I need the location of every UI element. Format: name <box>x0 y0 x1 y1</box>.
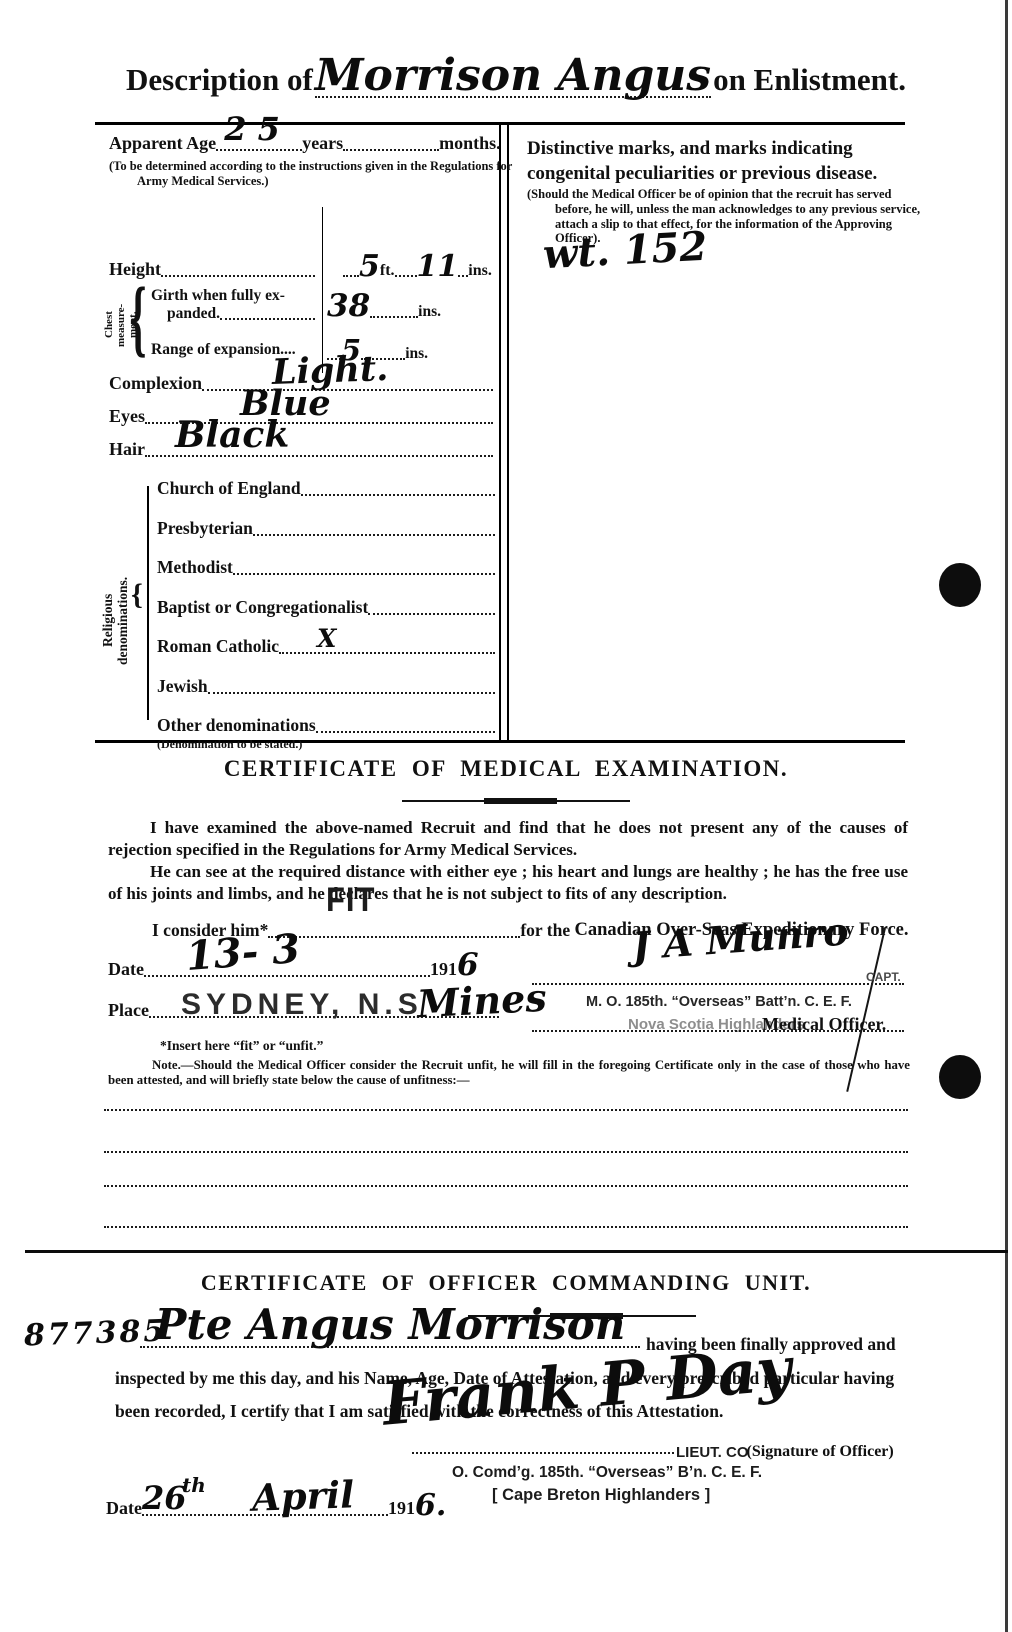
apparent-age-note: (To be determined according to the instr… <box>109 159 523 189</box>
religion-row: Presbyterian <box>157 518 495 539</box>
dotted-leader: 26 th April <box>142 1514 388 1516</box>
medical-certificate-heading: CERTIFICATE OF MEDICAL EXAMINATION. <box>0 756 1012 782</box>
religion-label: Methodist <box>157 557 233 578</box>
punch-hole <box>939 563 981 607</box>
blank-line <box>104 1226 908 1228</box>
medical-paragraph-2: He can see at the required distance with… <box>108 861 908 905</box>
religion-row-other: Other denominations <box>157 715 495 736</box>
dotted-leader <box>161 275 315 277</box>
religion-label: Jewish <box>157 676 208 697</box>
dotted-leader <box>316 731 495 733</box>
apparent-age-label: Apparent Age <box>109 133 216 154</box>
religion-label: Presbyterian <box>157 518 253 539</box>
dotted-leader <box>395 275 417 277</box>
religion-row-roman-catholic: Roman Catholic X <box>157 636 495 657</box>
height-row: Height 5 ft. 11 ins. <box>109 253 539 280</box>
religion-row: Baptist or Congregationalist <box>157 597 495 618</box>
medical-place-row: Place SYDNEY, N.S Mines <box>108 1000 499 1021</box>
religion-row: Church of England <box>157 478 495 499</box>
form-title: Description of Morrison Angus on Enlistm… <box>126 56 898 98</box>
heading-rule-thick <box>484 798 557 804</box>
medical-paragraph-1: I have examined the above-named Recruit … <box>108 817 908 861</box>
dotted-leader <box>208 692 495 694</box>
capt-stamp: CAPT. <box>866 970 901 984</box>
title-suffix: on Enlistment. <box>713 62 906 98</box>
religion-vertical-label: Religious denominations. <box>101 538 131 703</box>
girth-label-block: Girth when fully ex- panded. <box>151 287 315 323</box>
hair-row: Hair Black <box>109 439 493 460</box>
weight-handwritten: wt. 152 <box>542 229 708 274</box>
girth-value: 38 <box>327 293 370 321</box>
title-prefix: Description of <box>126 62 313 98</box>
officer-year-printed: 191 <box>388 1498 415 1519</box>
eyes-label: Eyes <box>109 406 145 427</box>
dotted-leader: X <box>279 652 495 654</box>
medical-officer-signature: J A Munro <box>631 914 849 963</box>
mo-unit-stamp: M. O. 185th. “Overseas” Batt’n. C. E. F. <box>546 994 892 1010</box>
officer-signature-line <box>412 1452 674 1454</box>
medical-date-value: 13- 3 <box>185 931 301 975</box>
section-rule <box>25 1250 1008 1253</box>
religion-note: (Denomination to be stated.) <box>157 737 495 751</box>
height-in-value: 11 <box>417 253 459 280</box>
cape-breton-stamp: [ Cape Breton Highlanders ] <box>492 1486 710 1505</box>
officer-certificate-heading: CERTIFICATE OF OFFICER COMMANDING UNIT. <box>0 1270 1012 1296</box>
medical-officer-line <box>532 1030 904 1032</box>
religion-vlabel-line1: Religious <box>101 538 116 703</box>
column-divider <box>499 125 509 740</box>
value-column-divider <box>322 207 323 373</box>
religion-mark-x: X <box>317 628 336 651</box>
place-handwritten: Mines <box>416 981 547 1022</box>
medical-note: Note.—Should the Medical Officer conside… <box>108 1058 910 1088</box>
signature-of-officer-label: (Signature of Officer) <box>747 1443 894 1461</box>
dotted-leader: 2 5 <box>216 149 302 151</box>
fit-stamp: FIT <box>326 880 376 920</box>
fit-footnote: *Insert here “fit” or “unfit.” <box>160 1038 323 1054</box>
place-stamp: SYDNEY, N.S <box>181 988 423 1022</box>
officer-date-day-suffix: th <box>182 1476 206 1494</box>
years-label: years <box>302 133 343 154</box>
chest-vlabel-line1: Chest <box>103 285 115 365</box>
chest-vlabel-line2: measure- <box>115 285 127 365</box>
months-label: months. <box>439 133 501 154</box>
medical-year-value: 6 <box>457 952 479 980</box>
medical-year-printed: 191 <box>430 959 457 980</box>
apparent-age-value: 2 5 <box>224 115 280 144</box>
commanding-unit-stamp: O. Comd’g. 185th. “Overseas” B’n. C. E. … <box>452 1464 762 1482</box>
dotted-leader <box>343 275 359 277</box>
eyes-row: Eyes Blue <box>109 406 493 427</box>
rank-stamp: LIEUT. CO <box>676 1444 749 1461</box>
dotted-leader <box>268 936 520 938</box>
scanned-enlistment-form: Description of Morrison Angus on Enlistm… <box>0 0 1012 1632</box>
blank-line <box>104 1109 908 1111</box>
religion-row: Methodist <box>157 557 495 578</box>
hair-value: Black <box>175 419 289 451</box>
dotted-leader <box>368 613 495 615</box>
dotted-leader <box>370 316 418 318</box>
officer-date-row: Date 26 th April 191 6. <box>106 1492 446 1519</box>
medical-signature-line <box>532 983 904 985</box>
religion-vlabel-line2: denominations. <box>116 538 131 703</box>
dotted-leader <box>233 573 495 575</box>
girth-units: ins. <box>418 303 441 321</box>
officer-date-day: 26 <box>142 1484 187 1513</box>
religion-row: Jewish <box>157 676 495 697</box>
distinctive-marks-heading: Distinctive marks, and marks indicating … <box>527 137 899 186</box>
medical-place-label: Place <box>108 1000 149 1021</box>
medical-date-label: Date <box>108 959 144 980</box>
dotted-leader: SYDNEY, N.S Mines <box>149 1016 499 1018</box>
religion-label: Roman Catholic <box>157 636 279 657</box>
dotted-leader <box>253 534 495 536</box>
dotted-leader <box>220 318 315 320</box>
range-units: ins. <box>405 345 428 363</box>
officer-signature-caption: LIEUT. CO (Signature of Officer) <box>676 1443 894 1461</box>
recruit-name-handwritten: Morrison Angus <box>315 56 711 98</box>
religion-label: Baptist or Congregationalist <box>157 597 368 618</box>
officer-date-label: Date <box>106 1498 142 1519</box>
height-ft-value: 5 <box>359 253 380 280</box>
dotted-leader <box>343 149 439 151</box>
dotted-leader <box>458 275 468 277</box>
consider-for-pre: for the <box>520 920 574 941</box>
religion-label: Other denominations <box>157 715 316 736</box>
chest-brace: { <box>129 277 146 359</box>
religion-block: Religious denominations. { Church of Eng… <box>105 478 497 736</box>
hair-label: Hair <box>109 439 145 460</box>
religion-brace: { <box>131 578 143 612</box>
religion-label: Church of England <box>157 478 301 499</box>
heading-rule <box>402 800 630 802</box>
religion-bracket-line <box>147 486 149 720</box>
medical-date-row: Date 13- 3 191 6 <box>108 952 479 980</box>
apparent-age-row: Apparent Age 2 5 years months. <box>109 133 501 154</box>
girth-value-row: 38 ins. <box>327 293 441 321</box>
ins-label: ins. <box>468 262 492 280</box>
punch-hole <box>939 1055 981 1099</box>
scan-edge-line <box>1005 0 1008 1632</box>
girth-label-line2: panded. <box>151 305 220 323</box>
blank-line <box>104 1151 908 1153</box>
dotted-leader: Black <box>145 455 493 457</box>
girth-label-line1: Girth when fully ex- <box>151 287 315 305</box>
officer-cert-name-handwritten: Pte Angus Morrison <box>140 1306 640 1348</box>
dotted-leader: 13- 3 <box>144 975 430 977</box>
officer-year-value: 6. <box>415 1492 446 1519</box>
complexion-label: Complexion <box>109 373 202 394</box>
blank-line <box>104 1185 908 1187</box>
description-box: Apparent Age 2 5 years months. (To be de… <box>95 122 905 743</box>
officer-date-month: April <box>251 1478 354 1515</box>
ft-label: ft. <box>380 262 395 280</box>
dotted-leader <box>301 494 495 496</box>
